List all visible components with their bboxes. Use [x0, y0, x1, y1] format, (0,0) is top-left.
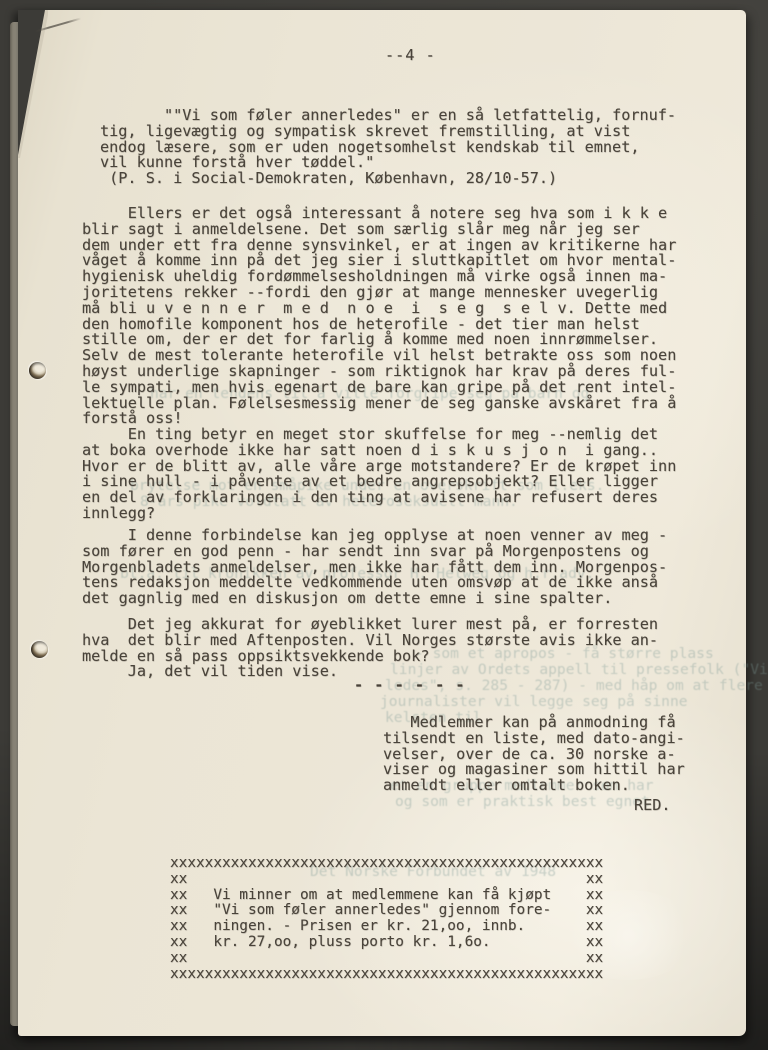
bleedthrough-text: journalister vil legge seg på sinne — [380, 694, 688, 710]
editor-signature: RED. — [634, 798, 671, 814]
scanned-page: --4 - ""Vi som føler annerledes" er en s… — [18, 10, 746, 1036]
page-number: --4 - — [385, 48, 436, 64]
dash-separator: - - - - - - — [354, 678, 466, 694]
punch-hole-top — [29, 362, 46, 379]
notice-box: xxxxxxxxxxxxxxxxxxxxxxxxxxxxxxxxxxxxxxxx… — [170, 856, 603, 982]
body-paragraph-2: Ellers er det også interessant å notere … — [82, 206, 676, 427]
body-paragraph-5: Det jeg akkurat for øyeblikket lurer mes… — [82, 617, 658, 680]
punch-hole-bottom — [31, 641, 48, 658]
body-paragraph-4: I denne forbindelse kan jeg opplyse at n… — [82, 528, 667, 607]
bleedthrough-text: og som er praktisk best egnet — [395, 794, 650, 810]
quote-paragraph: ""Vi som føler annerledes" er en så letf… — [100, 108, 676, 187]
editor-note: Medlemmer kan på anmodning få tilsendt e… — [383, 715, 685, 794]
body-paragraph-3: En ting betyr en meget stor skuffelse fo… — [82, 427, 676, 522]
